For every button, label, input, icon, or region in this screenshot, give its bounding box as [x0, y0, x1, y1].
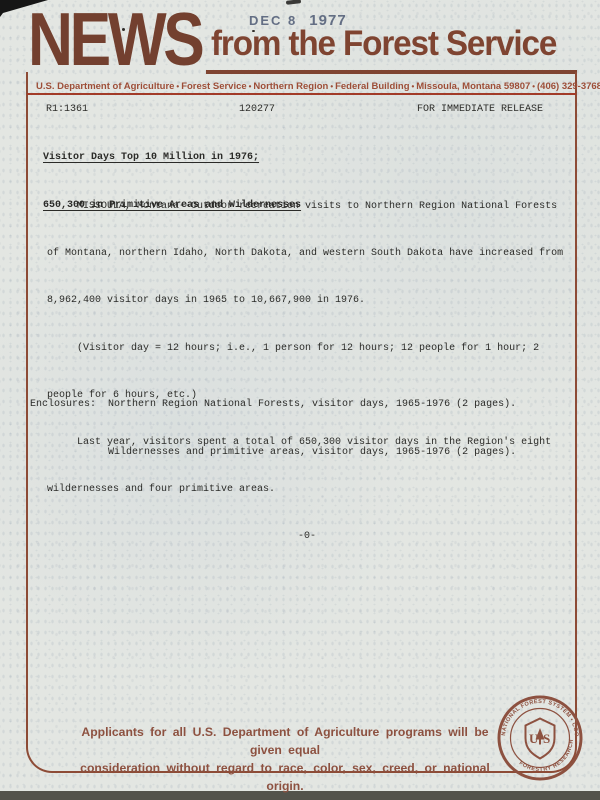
received-date-stamp: DEC 81977	[249, 12, 347, 30]
enclosures: Enclosures: Northern Region National For…	[30, 370, 516, 488]
release-label: FOR IMMEDIATE RELEASE	[417, 104, 543, 115]
notice-line-1: Applicants for all U.S. Department of Ag…	[72, 723, 498, 759]
release-date-code: 120277	[239, 104, 275, 115]
news-wordmark: NEWS	[28, 6, 201, 72]
agency-segment: Forest Service	[181, 81, 246, 92]
bullet-separator: •	[247, 82, 254, 91]
agency-line: U.S. Department of Agriculture • Forest …	[36, 81, 569, 92]
agency-segment: U.S. Department of Agriculture	[36, 81, 174, 92]
scanned-news-release-page: DEC 81977 NEWS from the Forest Service U…	[0, 0, 600, 800]
enclosure-line: Wildernesses and primitive areas, visito…	[30, 440, 516, 466]
agency-segment: Northern Region	[253, 81, 328, 92]
stamp-year: 1977	[309, 12, 346, 29]
masthead-tagline: from the Forest Service	[211, 24, 556, 64]
release-file-number: R1:1361	[46, 104, 88, 115]
header-divider-rule	[27, 93, 576, 95]
enclosure-line: Enclosures: Northern Region National For…	[30, 392, 516, 418]
headline-line-1: Visitor Days Top 10 Million in 1976;	[43, 145, 301, 171]
agency-segment: Missoula, Montana 59807	[416, 81, 530, 92]
seal-tree-trunk	[539, 740, 541, 745]
body-line: of Montana, northern Idaho, North Dakota…	[47, 241, 567, 266]
notice-line-2: consideration without regard to race, co…	[72, 759, 498, 795]
agency-segment: (406) 329-3768	[537, 81, 600, 92]
end-divider: -0-	[47, 524, 567, 549]
bullet-separator: •	[530, 82, 537, 91]
stamp-month-day: DEC 8	[249, 13, 297, 28]
scan-speck	[286, 0, 301, 5]
bullet-separator: •	[328, 82, 335, 91]
body-line: (Visitor day = 12 hours; i.e., 1 person …	[47, 336, 567, 361]
bullet-separator: •	[174, 82, 181, 91]
nondiscrimination-notice: Applicants for all U.S. Department of Ag…	[72, 723, 498, 795]
body-line: MISSOULA, Montana--Outdoor recreation vi…	[47, 194, 567, 219]
body-line: 8,962,400 visitor days in 1965 to 10,667…	[47, 288, 567, 313]
agency-segment: Federal Building	[335, 81, 409, 92]
bullet-separator: •	[410, 82, 417, 91]
forest-service-seal: NATIONAL FOREST SYSTEM • COOPERATIVE FOR…	[494, 692, 586, 784]
